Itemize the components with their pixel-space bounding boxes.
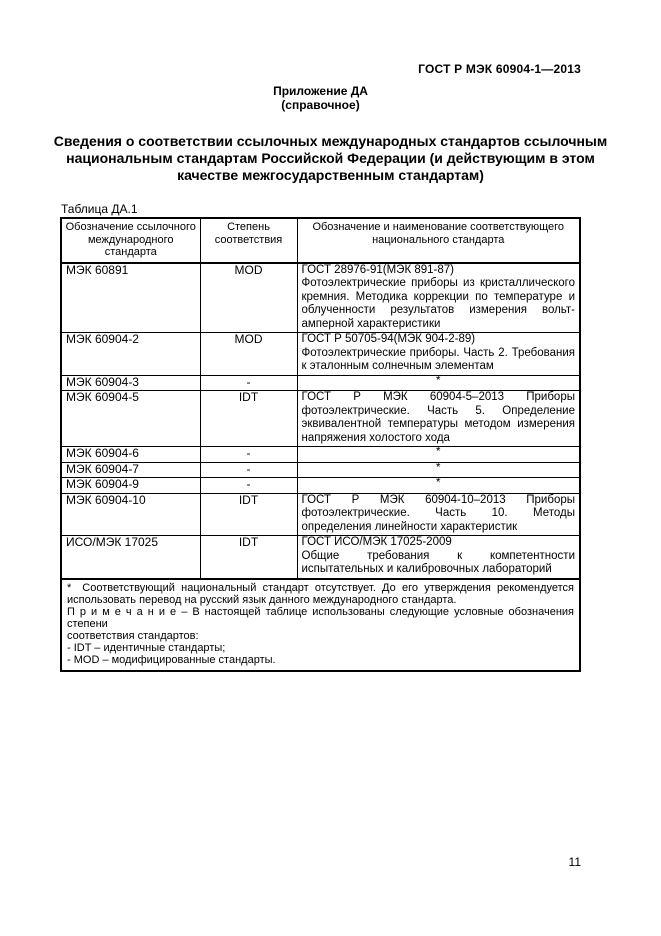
standard-text-line: Общие требования к компетентности [302,550,576,564]
reference-standard-cell: МЭК 60904-3 [61,375,200,391]
table-footnote-row: * Соответствующий национальный стандарт … [61,579,580,671]
standard-text-line: эквивалентной температуры методом измере… [302,418,576,432]
table-row: МЭК 60904-2MODГОСТ Р 50705-94(МЭК 904-2-… [61,333,580,376]
standard-text-line: - IDT – идентичные стандарты; [67,642,574,654]
standard-text-line: кремния. Методика коррекции по температу… [302,291,576,305]
table-body: МЭК 60891MODГОСТ 28976-91(МЭК 891-87)Фот… [61,263,580,671]
reference-standard-cell: ИСО/МЭК 17025 [61,536,200,579]
national-standard-cell: ГОСТ ИСО/МЭК 17025-2009Общие требования … [297,536,580,579]
standard-text-line: Фотоэлектрические приборы из кристалличе… [302,277,576,291]
page-title: Сведения о соответствии ссылочных междун… [40,133,621,184]
table-footnote: * Соответствующий национальный стандарт … [61,579,580,671]
degree-cell: IDT [200,391,297,447]
national-standard-cell: * [297,447,580,463]
page-number: 11 [569,855,581,869]
table-row: ИСО/МЭК 17025IDTГОСТ ИСО/МЭК 17025-2009О… [61,536,580,579]
national-standard-cell: ГОСТ Р МЭК 60904-10–2013 Приборыфотоэлек… [297,493,580,536]
degree-cell: - [200,375,297,391]
reference-standard-cell: МЭК 60904-9 [61,478,200,494]
degree-cell: MOD [200,333,297,376]
degree-cell: - [200,462,297,478]
column-header-national-standard: Обозначение и наименование соответствующ… [297,218,580,263]
degree-cell: - [200,447,297,463]
appendix-type: (справочное) [60,98,581,112]
standard-text-line: к эталонным солнечным элементам [302,360,576,374]
degree-cell: MOD [200,263,297,333]
standard-text-line: ГОСТ Р МЭК 60904-5–2013 Приборы [302,391,576,405]
reference-standard-cell: МЭК 60904-5 [61,391,200,447]
standard-text-line: амперной характеристики [302,318,576,332]
degree-cell: IDT [200,536,297,579]
column-header-degree: Степень соответствия [200,218,297,263]
appendix-label: Приложение ДА [60,84,581,98]
national-standard-cell: * [297,462,580,478]
standard-text-line: ГОСТ Р МЭК 60904-10–2013 Приборы [302,494,576,508]
correspondence-table: Обозначение ссылочного международного ст… [60,217,581,672]
document-page: ГОСТ Р МЭК 60904-1—2013 Приложение ДА (с… [0,0,661,936]
reference-standard-cell: МЭК 60904-10 [61,493,200,536]
table-row: МЭК 60904-10IDTГОСТ Р МЭК 60904-10–2013 … [61,493,580,536]
doc-code: ГОСТ Р МЭК 60904-1—2013 [418,62,581,76]
national-standard-cell: ГОСТ Р МЭК 60904-5–2013 Приборыфотоэлект… [297,391,580,447]
degree-cell: IDT [200,493,297,536]
standard-text-line: испытательных и калибровочных лаборатори… [302,563,576,577]
standard-text-line: ГОСТ Р 50705-94(МЭК 904-2-89) [302,333,576,347]
standard-text-line: ГОСТ ИСО/МЭК 17025-2009 [302,536,576,550]
reference-standard-cell: МЭК 60904-6 [61,447,200,463]
standard-text-line: фотоэлектрические. Часть 5. Определение [302,405,576,419]
degree-cell: - [200,478,297,494]
standard-text-line: облученности результатов измерения вольт… [302,304,576,318]
table-caption: Таблица ДА.1 [61,202,138,216]
table-row: МЭК 60904-7-* [61,462,580,478]
standard-text-line: * Соответствующий национальный стандарт … [67,582,574,594]
standard-text-line: определения линейности характеристик [302,521,576,535]
table-row: МЭК 60904-9-* [61,478,580,494]
standard-text-line: П р и м е ч а н и е – В настоящей таблиц… [67,606,574,630]
standard-text-line: напряжения холостого хода [302,432,576,446]
standard-text-line: - MOD – модифицированные стандарты. [67,654,574,666]
standard-text-line: фотоэлектрические. Часть 10. Методы [302,507,576,521]
national-standard-cell: ГОСТ 28976-91(МЭК 891-87)Фотоэлектрическ… [297,263,580,333]
table-row: МЭК 60904-3-* [61,375,580,391]
table-header-row: Обозначение ссылочного международного ст… [61,218,580,263]
table-row: МЭК 60904-6-* [61,447,580,463]
national-standard-cell: * [297,375,580,391]
table-header: Обозначение ссылочного международного ст… [61,218,580,263]
table-row: МЭК 60904-5IDTГОСТ Р МЭК 60904-5–2013 Пр… [61,391,580,447]
appendix-heading: Приложение ДА (справочное) [60,84,581,112]
reference-standard-cell: МЭК 60904-7 [61,462,200,478]
national-standard-cell: * [297,478,580,494]
reference-standard-cell: МЭК 60891 [61,263,200,333]
standard-text-line: использовать перевод на русский язык дан… [67,594,574,606]
national-standard-cell: ГОСТ Р 50705-94(МЭК 904-2-89)Фотоэлектри… [297,333,580,376]
column-header-reference-standard: Обозначение ссылочного международного ст… [61,218,200,263]
table-row: МЭК 60891MODГОСТ 28976-91(МЭК 891-87)Фот… [61,263,580,333]
standard-text-line: соответствия стандартов: [67,630,574,642]
reference-standard-cell: МЭК 60904-2 [61,333,200,376]
standard-text-line: ГОСТ 28976-91(МЭК 891-87) [302,264,576,278]
standard-text-line: Фотоэлектрические приборы. Часть 2. Треб… [302,347,576,361]
